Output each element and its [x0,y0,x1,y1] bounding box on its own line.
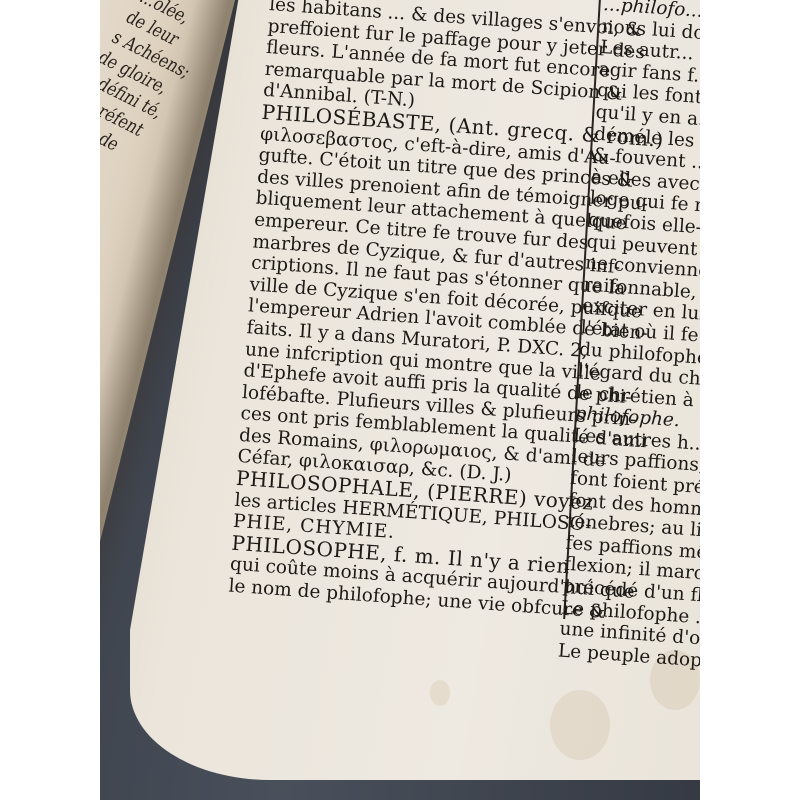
book-photo: ...olée, de leur s Achéens; de gloire, n… [100,0,700,800]
paper-stain [550,690,610,760]
paper-stain [430,680,450,706]
